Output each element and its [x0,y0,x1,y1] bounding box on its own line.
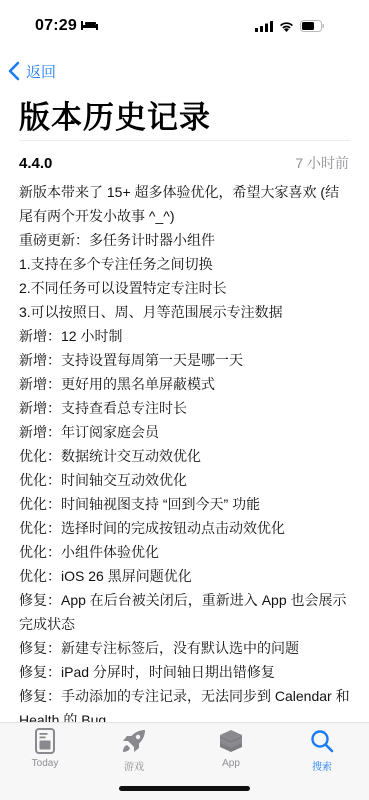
battery-icon [300,20,325,32]
tab-apps[interactable]: App [196,727,266,769]
note-line: 新增：支持设置每周第一天是哪一天 [19,348,352,372]
note-line: 新增：年订阅家庭会员 [19,420,352,444]
note-line: 优化：时间轴视图支持 “回到今天” 功能 [19,492,352,516]
home-indicator [119,786,250,791]
page-title: 版本历史记录 [19,92,211,137]
tab-label: Today [32,758,59,769]
note-line: 新增：支持查看总专注时长 [19,396,352,420]
release-time: 7 小时前 [295,153,349,173]
release-notes: 新版本带来了 15+ 超多体验优化，希望大家喜欢 (结尾有两个开发小故事 ^_^… [19,180,352,732]
back-label: 返回 [26,61,56,82]
status-bar: 07:29 [0,0,369,52]
tab-games[interactable]: 游戏 [99,727,169,773]
rocket-icon [121,728,147,754]
version-header: 4.4.0 7 小时前 [19,152,349,174]
status-time: 07:29 [35,17,77,35]
divider [19,140,350,141]
note-line: 优化：iOS 26 黑屏问题优化 [19,564,352,588]
note-line: 重磅更新：多任务计时器小组件 [19,228,352,252]
note-line: 1.支持在多个专注任务之间切换 [19,252,352,276]
note-line: 优化：数据统计交互动效优化 [19,444,352,468]
note-line: 3.可以按照日、周、月等范围展示专注数据 [19,300,352,324]
note-line: 新增：12 小时制 [19,324,352,348]
tab-label: App [222,758,240,769]
layers-icon [218,728,244,754]
note-line: 修复：App 在后台被关闭后，重新进入 App 也会展示完成状态 [19,588,352,636]
note-line: 新版本带来了 15+ 超多体验优化，希望大家喜欢 (结尾有两个开发小故事 ^_^… [19,180,352,228]
note-line: 优化：时间轴交互动效优化 [19,468,352,492]
version-number: 4.4.0 [19,155,52,172]
tab-today[interactable]: Today [10,727,80,769]
wifi-icon [279,21,294,32]
note-line: 2.不同任务可以设置特定专注时长 [19,276,352,300]
tab-label: 游戏 [124,758,144,773]
note-line: 修复：iPad 分屏时，时间轴日期出错修复 [19,660,352,684]
bed-icon [81,21,98,30]
back-button[interactable]: 返回 [8,58,56,84]
note-line: 新增：更好用的黑名单屏蔽模式 [19,372,352,396]
search-icon [310,729,334,753]
today-icon [35,728,55,754]
chevron-left-icon [8,61,20,81]
tab-label: 搜索 [312,758,332,773]
signal-icon [255,21,273,32]
tab-search[interactable]: 搜索 [287,727,357,773]
note-line: 优化：选择时间的完成按钮动点击动效优化 [19,516,352,540]
note-line: 优化：小组件体验优化 [19,540,352,564]
note-line: 修复：新建专注标签后，没有默认选中的问题 [19,636,352,660]
